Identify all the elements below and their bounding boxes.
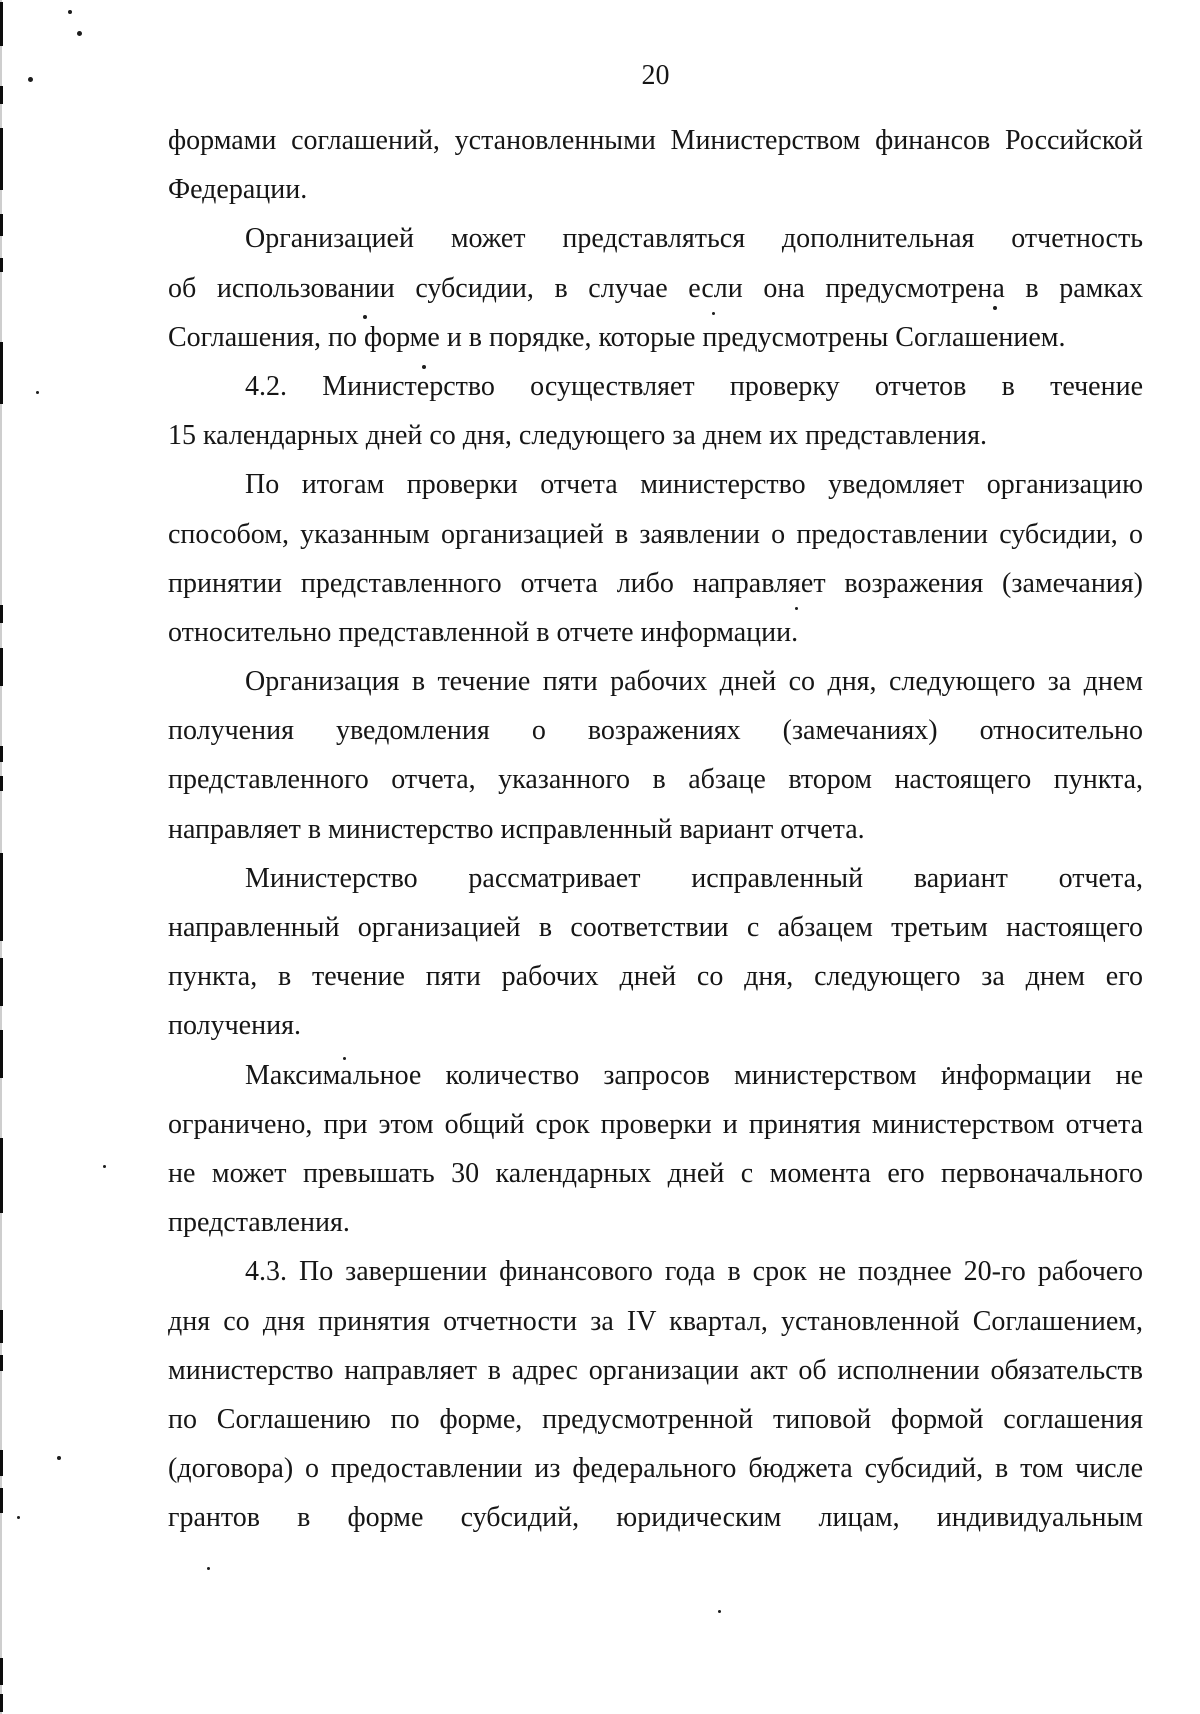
scan-edge-dash xyxy=(0,2,3,46)
text-line: ограничено, при этом общий срок проверки… xyxy=(168,1100,1143,1149)
text-line: способом, указанным организацией в заявл… xyxy=(168,510,1143,559)
text-line: по Соглашению по форме, предусмотренной … xyxy=(168,1395,1143,1444)
scan-edge-dash xyxy=(0,1658,3,1685)
text-line: Соглашения, по форме и в порядке, которы… xyxy=(168,313,1143,362)
text-line: 4.2. Министерство осуществляет проверку … xyxy=(168,362,1143,411)
text-line: относительно представленной в отчете инф… xyxy=(168,608,1143,657)
text-line: формами соглашений, установленными Минис… xyxy=(168,116,1143,165)
scan-dust-dot xyxy=(77,31,82,36)
text-line: направляет в министерство исправленный в… xyxy=(168,805,1143,854)
text-line: грантов в форме субсидий, юридическим ли… xyxy=(168,1493,1143,1542)
scan-edge-dash xyxy=(0,342,3,404)
scan-edge-dash xyxy=(0,214,3,236)
scan-edge-dash xyxy=(0,1310,3,1343)
text-line: пункта, в течение пяти рабочих дней со д… xyxy=(168,952,1143,1001)
text-line: направленный организацией в соответствии… xyxy=(168,903,1143,952)
text-line: 15 календарных дней со дня, следующего з… xyxy=(168,411,1143,460)
scan-dust-dot xyxy=(36,391,39,394)
text-line: получения уведомления о возражениях (зам… xyxy=(168,706,1143,755)
text-line: Максимальное количество запросов министе… xyxy=(168,1051,1143,1100)
scan-dust-dot xyxy=(718,1610,721,1613)
scan-edge-dash xyxy=(0,853,3,941)
scan-dust-dot xyxy=(17,1516,20,1519)
scan-edge-dash xyxy=(0,958,3,1006)
text-line: 4.3. По завершении финансового года в ср… xyxy=(168,1247,1143,1296)
scan-edge-dash xyxy=(0,605,3,623)
scan-dust-dot xyxy=(28,77,33,82)
scan-edge-dash xyxy=(0,776,3,791)
text-line: представленного отчета, указанного в абз… xyxy=(168,755,1143,804)
scan-edge-dash xyxy=(0,1138,3,1213)
scan-edge-dash xyxy=(0,86,3,104)
text-line: министерство направляет в адрес организа… xyxy=(168,1346,1143,1395)
scan-edge-dash xyxy=(0,1030,3,1078)
text-line: принятии представленного отчета либо нап… xyxy=(168,559,1143,608)
scan-edge-dash xyxy=(0,1355,3,1371)
text-line: Организацией может представляться дополн… xyxy=(168,214,1143,263)
text-line: получения. xyxy=(168,1001,1143,1050)
text-line: По итогам проверки отчета министерство у… xyxy=(168,460,1143,509)
text-line: Организация в течение пяти рабочих дней … xyxy=(168,657,1143,706)
text-line: (договора) о предоставлении из федеральн… xyxy=(168,1444,1143,1493)
scan-dust-dot xyxy=(103,1165,106,1168)
text-line: об использовании субсидии, в случае если… xyxy=(168,264,1143,313)
scan-edge-dash xyxy=(0,648,3,686)
text-line: представления. xyxy=(168,1198,1143,1247)
text-line: Федерации. xyxy=(168,165,1143,214)
document-text: формами соглашений, установленными Минис… xyxy=(168,116,1143,1542)
scanned-document-page: 20 формами соглашений, установленными Ми… xyxy=(0,0,1200,1714)
text-line: не может превышать 30 календарных дней с… xyxy=(168,1149,1143,1198)
scan-edge-dash xyxy=(0,1694,3,1712)
scan-edge-dash xyxy=(0,1450,3,1476)
scan-dust-dot xyxy=(68,10,72,14)
scan-edge-dash xyxy=(0,128,3,190)
page-number: 20 xyxy=(168,60,1143,92)
scan-edge-dash xyxy=(0,1488,3,1513)
scan-edge-dash xyxy=(0,746,3,762)
scan-edge-dash xyxy=(0,258,3,272)
scan-dust-dot xyxy=(57,1456,61,1460)
text-line: дня со дня принятия отчетности за IV ква… xyxy=(168,1297,1143,1346)
scan-dust-dot xyxy=(207,1567,210,1570)
text-line: Министерство рассматривает исправленный … xyxy=(168,854,1143,903)
